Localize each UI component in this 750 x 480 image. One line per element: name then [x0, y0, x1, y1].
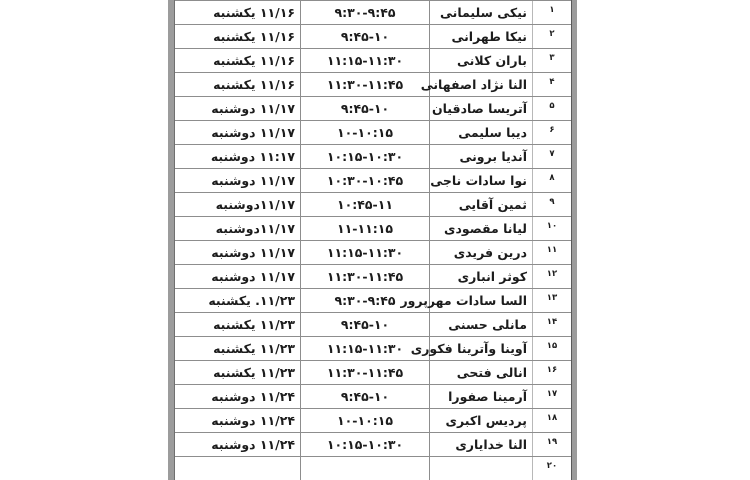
date-cell: ۱۱/۱۷ دوشنبه	[175, 97, 301, 120]
name-cell: درین فریدی	[430, 241, 533, 264]
table-row: ۱۱/۱۷دوشنبه ۱۱-۱۱:۱۵ لیانا مقصودی ۱۰	[175, 217, 571, 241]
name-cell: نوا سادات ناجی	[430, 169, 533, 192]
time-cell: ۹:۴۵-۱۰	[301, 313, 430, 336]
name-cell	[430, 457, 533, 480]
time-cell: ۱۱:۳۰-۱۱:۴۵	[301, 265, 430, 288]
time-cell: ۱۱-۱۱:۱۵	[301, 217, 430, 240]
row-number-cell: ۲۰	[533, 457, 571, 480]
time-cell: ۱۰:۴۵-۱۱	[301, 193, 430, 216]
date-cell: ۱۱/۱۷ دوشنبه	[175, 241, 301, 264]
name-cell: النا خدایاری	[430, 433, 533, 456]
table-row: ۱۱/۲۳. یکشنبه ۹:۳۰-۹:۴۵ السا سادات مهرپر…	[175, 289, 571, 313]
row-number-cell: ۱۶	[533, 361, 571, 384]
table-row: ۱۱/۲۳ یکشنبه ۱۱:۳۰-۱۱:۴۵ انالی فتحی ۱۶	[175, 361, 571, 385]
name-cell: نیکا طهرانی	[430, 25, 533, 48]
name-cell: آرمینا صفورا	[430, 385, 533, 408]
date-cell: ۱۱/۲۴ دوشنبه	[175, 433, 301, 456]
name-cell: لیانا مقصودی	[430, 217, 533, 240]
time-cell: ۹:۳۰-۹:۴۵	[301, 1, 430, 24]
name-cell: السا سادات مهرپرور	[430, 289, 533, 312]
table-row: ۱۱/۱۷ دوشنبه ۱۰:۳۰-۱۰:۴۵ نوا سادات ناجی …	[175, 169, 571, 193]
row-number-cell: ۵	[533, 97, 571, 120]
table-row: ۱۱/۱۶ یکشنبه ۱۱:۱۵-۱۱:۳۰ باران کلانی ۳	[175, 49, 571, 73]
table-row: ۱۱/۲۴ دوشنبه ۹:۴۵-۱۰ آرمینا صفورا ۱۷	[175, 385, 571, 409]
row-number-cell: ۱۵	[533, 337, 571, 360]
table-row: ۱۱/۲۳ یکشنبه ۹:۴۵-۱۰ مانلی حسنی ۱۴	[175, 313, 571, 337]
table-row: ۲۰	[175, 457, 571, 480]
date-cell	[175, 457, 301, 480]
row-number-cell: ۶	[533, 121, 571, 144]
table-right-border	[571, 0, 577, 480]
time-cell	[301, 457, 430, 480]
name-cell: پردیس اکبری	[430, 409, 533, 432]
date-cell: ۱۱/۲۴ دوشنبه	[175, 409, 301, 432]
date-cell: ۱۱/۲۳ یکشنبه	[175, 337, 301, 360]
row-number-cell: ۹	[533, 193, 571, 216]
document-page: ۱۱/۱۶ یکشنبه ۹:۳۰-۹:۴۵ نیکی سلیمانی ۱ ۱۱…	[0, 0, 750, 480]
date-cell: ۱۱/۲۳ یکشنبه	[175, 361, 301, 384]
table-row: ۱۱/۲۴ دوشنبه ۱۰:۱۵-۱۰:۳۰ النا خدایاری ۱۹	[175, 433, 571, 457]
row-number-cell: ۱	[533, 1, 571, 24]
date-cell: ۱۱/۱۷دوشنبه	[175, 217, 301, 240]
name-cell: آتریسا صادقیان	[430, 97, 533, 120]
table-row: ۱۱:۱۷ دوشنبه ۱۰:۱۵-۱۰:۳۰ آندیا برونی ۷	[175, 145, 571, 169]
date-cell: ۱۱:۱۷ دوشنبه	[175, 145, 301, 168]
table-row: ۱۱/۲۳ یکشنبه ۱۱:۱۵-۱۱:۳۰ آوینا وآترینا ف…	[175, 337, 571, 361]
table-grid: ۱۱/۱۶ یکشنبه ۹:۳۰-۹:۴۵ نیکی سلیمانی ۱ ۱۱…	[175, 0, 571, 480]
name-cell: باران کلانی	[430, 49, 533, 72]
row-number-cell: ۱۷	[533, 385, 571, 408]
row-number-cell: ۱۳	[533, 289, 571, 312]
row-number-cell: ۱۹	[533, 433, 571, 456]
name-cell: النا نژاد اصفهانی	[430, 73, 533, 96]
table-row: ۱۱/۲۴ دوشنبه ۱۰-۱۰:۱۵ پردیس اکبری ۱۸	[175, 409, 571, 433]
time-cell: ۱۰-۱۰:۱۵	[301, 409, 430, 432]
date-cell: ۱۱/۱۷ دوشنبه	[175, 169, 301, 192]
row-number-cell: ۱۱	[533, 241, 571, 264]
name-cell: نیکی سلیمانی	[430, 1, 533, 24]
table-row: ۱۱/۱۷دوشنبه ۱۰:۴۵-۱۱ ثمین آقایی ۹	[175, 193, 571, 217]
table-row: ۱۱/۱۷ دوشنبه ۱۰-۱۰:۱۵ دیبا سلیمی ۶	[175, 121, 571, 145]
date-cell: ۱۱/۲۴ دوشنبه	[175, 385, 301, 408]
table-row: ۱۱/۱۷ دوشنبه ۱۱:۳۰-۱۱:۴۵ کوثر انباری ۱۲	[175, 265, 571, 289]
row-number-cell: ۱۸	[533, 409, 571, 432]
table-left-border	[168, 0, 175, 480]
time-cell: ۱۱:۳۰-۱۱:۴۵	[301, 361, 430, 384]
name-cell: کوثر انباری	[430, 265, 533, 288]
name-cell: مانلی حسنی	[430, 313, 533, 336]
date-cell: ۱۱/۱۷ دوشنبه	[175, 121, 301, 144]
row-number-cell: ۲	[533, 25, 571, 48]
row-number-cell: ۱۰	[533, 217, 571, 240]
name-cell: انالی فتحی	[430, 361, 533, 384]
row-number-cell: ۷	[533, 145, 571, 168]
time-cell: ۱۱:۳۰-۱۱:۴۵	[301, 73, 430, 96]
name-cell: ثمین آقایی	[430, 193, 533, 216]
time-cell: ۱۰:۳۰-۱۰:۴۵	[301, 169, 430, 192]
row-number-cell: ۴	[533, 73, 571, 96]
time-cell: ۹:۴۵-۱۰	[301, 385, 430, 408]
row-number-cell: ۱۲	[533, 265, 571, 288]
date-cell: ۱۱/۱۷ دوشنبه	[175, 265, 301, 288]
table-row: ۱۱/۱۷ دوشنبه ۱۱:۱۵-۱۱:۳۰ درین فریدی ۱۱	[175, 241, 571, 265]
table-row: ۱۱/۱۶ یکشنبه ۹:۳۰-۹:۴۵ نیکی سلیمانی ۱	[175, 1, 571, 25]
time-cell: ۹:۴۵-۱۰	[301, 25, 430, 48]
time-cell: ۱۱:۱۵-۱۱:۳۰	[301, 241, 430, 264]
table-row: ۱۱/۱۶ یکشنبه ۹:۴۵-۱۰ نیکا طهرانی ۲	[175, 25, 571, 49]
name-cell: دیبا سلیمی	[430, 121, 533, 144]
date-cell: ۱۱/۲۳ یکشنبه	[175, 313, 301, 336]
name-cell: آندیا برونی	[430, 145, 533, 168]
date-cell: ۱۱/۱۶ یکشنبه	[175, 25, 301, 48]
row-number-cell: ۸	[533, 169, 571, 192]
table-row: ۱۱/۱۷ دوشنبه ۹:۴۵-۱۰ آتریسا صادقیان ۵	[175, 97, 571, 121]
time-cell: ۱۱:۱۵-۱۱:۳۰	[301, 49, 430, 72]
date-cell: ۱۱/۱۶ یکشنبه	[175, 1, 301, 24]
date-cell: ۱۱/۱۶ یکشنبه	[175, 49, 301, 72]
date-cell: ۱۱/۲۳. یکشنبه	[175, 289, 301, 312]
time-cell: ۱۰:۱۵-۱۰:۳۰	[301, 145, 430, 168]
time-cell: ۹:۴۵-۱۰	[301, 97, 430, 120]
row-number-cell: ۳	[533, 49, 571, 72]
time-cell: ۱۰-۱۰:۱۵	[301, 121, 430, 144]
table-row: ۱۱/۱۶ یکشنبه ۱۱:۳۰-۱۱:۴۵ النا نژاد اصفها…	[175, 73, 571, 97]
schedule-table: ۱۱/۱۶ یکشنبه ۹:۳۰-۹:۴۵ نیکی سلیمانی ۱ ۱۱…	[168, 0, 577, 480]
name-cell: آوینا وآترینا فکوری	[430, 337, 533, 360]
date-cell: ۱۱/۱۷دوشنبه	[175, 193, 301, 216]
date-cell: ۱۱/۱۶ یکشنبه	[175, 73, 301, 96]
row-number-cell: ۱۴	[533, 313, 571, 336]
time-cell: ۱۰:۱۵-۱۰:۳۰	[301, 433, 430, 456]
